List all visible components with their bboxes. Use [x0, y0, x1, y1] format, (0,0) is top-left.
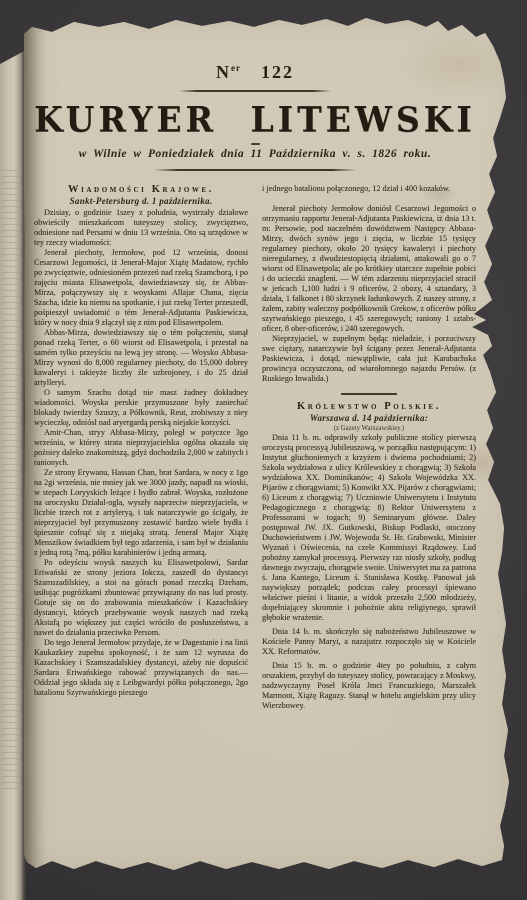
- article-paragraph: Jenerał piechoty, Jermołow, pod 12 wrześ…: [34, 248, 248, 328]
- column-left: Wiadomości Krajowe. Sankt-Petersburg d. …: [34, 184, 248, 711]
- page-content: Ner122 KURYER LITEWSKI w Wilnie w Ponied…: [34, 62, 476, 711]
- article-paragraph: Jenerał piechoty Jermołow doniósł Cesarz…: [262, 204, 476, 334]
- issue-number-prefix: N: [216, 62, 231, 82]
- article-paragraph: Amir-Chan, stryy Abbasa-Mirzy, poległ w …: [34, 428, 248, 468]
- issue-number-value: 122: [261, 62, 294, 82]
- article-paragraph: Do tego Jenerał Jermołow przydaje, że w …: [34, 638, 248, 698]
- masthead-rule-bottom: [154, 169, 356, 171]
- facing-page-edge: [0, 50, 26, 900]
- newspaper-page: Ner122 KURYER LITEWSKI w Wilnie w Ponied…: [24, 12, 518, 878]
- article-paragraph: Dnia 11 b. m. odprawiły szkoły publiczne…: [262, 433, 476, 623]
- section-divider: [341, 393, 397, 395]
- section-title-domestic-news: Wiadomości Krajowe.: [34, 184, 248, 195]
- newspaper-title: KURYER LITEWSKI: [34, 99, 476, 140]
- masthead-rule-top: [179, 90, 331, 92]
- article-paragraph: Po odeyściu woysk naszych ku Elisawetpol…: [34, 558, 248, 638]
- article-source-note: (z Gazety Warszawskiey.): [262, 425, 476, 432]
- article-paragraph: O samym Szachu dotąd nie masz żadney dok…: [34, 388, 248, 428]
- issue-number: Ner122: [34, 62, 476, 83]
- article-paragraph: Dzisiay, o godzinie 1szey z południa, wy…: [34, 208, 248, 248]
- masthead-ornament: [251, 143, 260, 145]
- article-paragraph: Ze strony Erywanu, Hassan Chan, brat Sar…: [34, 468, 248, 558]
- issue-number-superscript: er: [231, 63, 241, 73]
- article-paragraph: Dnia 15 b. m. o godzinie 4tey po południ…: [262, 661, 476, 711]
- article-dateline-petersburg: Sankt-Petersburg d. 1 października.: [34, 196, 248, 206]
- article-paragraph-continuation: i jednego batalionu połączonego, 12 dzia…: [262, 184, 476, 194]
- article-paragraph: Dnia 14 b. m. skończyło się nabożeństwo …: [262, 627, 476, 657]
- article-dateline-warsaw: Warszawa d. 14 października:: [262, 413, 476, 423]
- article-paragraph: Abbas-Mirza, dowiedziawszy się o tém poł…: [34, 328, 248, 388]
- kingdom-of-poland-articles: Dnia 11 b. m. odprawiły szkoły publiczne…: [262, 433, 476, 711]
- column-right: i jednego batalionu połączonego, 12 dzia…: [262, 184, 476, 711]
- news-columns: Wiadomości Krajowe. Sankt-Petersburg d. …: [34, 184, 476, 711]
- article-paragraph: Nieprzyjaciel, w zupełnym będąc nieładzi…: [262, 334, 476, 384]
- masthead: Ner122 KURYER LITEWSKI w Wilnie w Ponied…: [34, 62, 476, 171]
- section-title-kingdom-of-poland: Królewstwo Polskie.: [262, 401, 476, 412]
- masthead-dateline: w Wilnie w Poniedziałek dnia 11 Paździer…: [34, 148, 476, 160]
